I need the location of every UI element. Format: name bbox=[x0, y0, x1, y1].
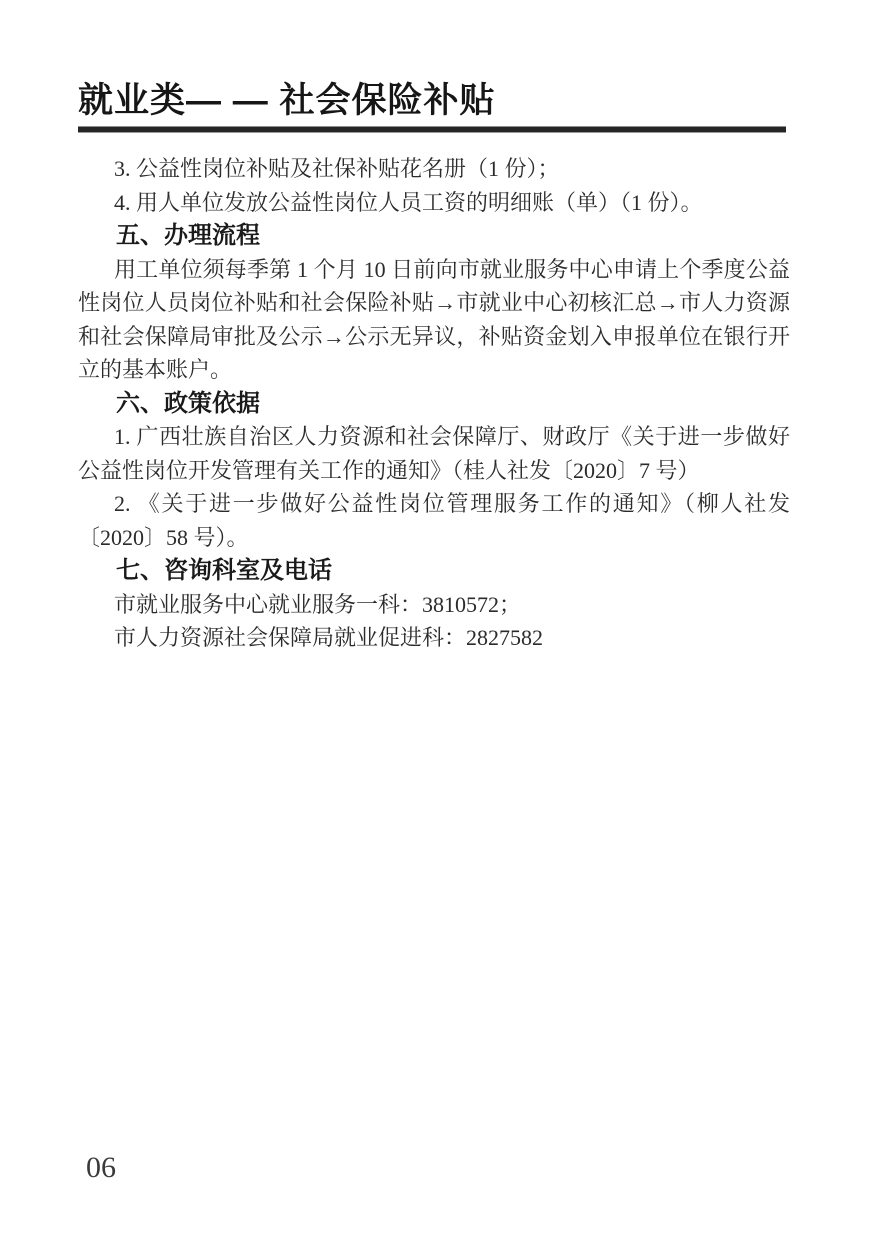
list-item: 3. 公益性岗位补贴及社保补贴花名册（1 份）； bbox=[78, 152, 790, 186]
paragraph-process-flow: 用工单位须每季第 1 个月 10 日前向市就业服务中心申请上个季度公益性岗位人员… bbox=[78, 253, 790, 387]
paragraph-policy-item: 1. 广西壮族自治区人力资源和社会保障厅、财政厅《关于进一步做好公益性岗位开发管… bbox=[78, 420, 790, 487]
document-body: 3. 公益性岗位补贴及社保补贴花名册（1 份）； 4. 用人单位发放公益性岗位人… bbox=[78, 152, 790, 655]
document-page: 就业类— — 社会保险补贴 3. 公益性岗位补贴及社保补贴花名册（1 份）； 4… bbox=[0, 0, 875, 1241]
document-header: 就业类— — 社会保险补贴 bbox=[78, 80, 790, 133]
document-footer: 06 bbox=[86, 1150, 116, 1186]
page-number: 06 bbox=[86, 1151, 116, 1184]
section-heading-contact: 七、咨询科室及电话 bbox=[78, 554, 790, 588]
page-title: 就业类— — 社会保险补贴 bbox=[78, 80, 790, 122]
section-heading-policy-basis: 六、政策依据 bbox=[78, 387, 790, 421]
section-heading-process: 五、办理流程 bbox=[78, 219, 790, 253]
contact-line: 市就业服务中心就业服务一科：3810572； bbox=[78, 588, 790, 622]
list-item: 4. 用人单位发放公益性岗位人员工资的明细账（单）（1 份）。 bbox=[78, 186, 790, 220]
paragraph-policy-item: 2. 《关于进一步做好公益性岗位管理服务工作的通知》（柳人社发〔2020〕58 … bbox=[78, 487, 790, 554]
contact-line: 市人力资源社会保障局就业促进科：2827582 bbox=[78, 621, 790, 655]
header-rule bbox=[78, 126, 786, 133]
